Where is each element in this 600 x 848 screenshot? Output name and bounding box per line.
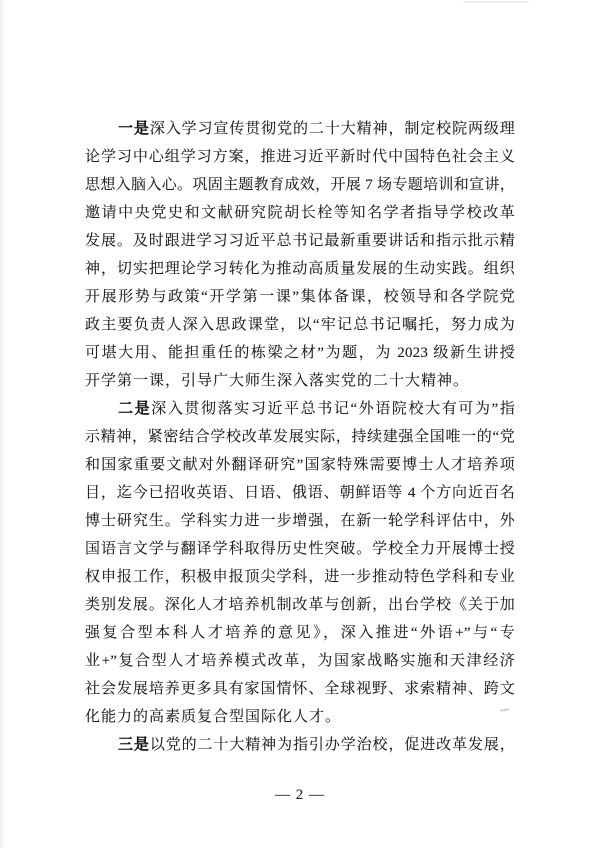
document-line: 思想入脑入心。巩固主题教育成效，开展 7 场专题培训和宣讲，: [85, 171, 515, 199]
paragraph-lead: 一是: [118, 120, 150, 137]
document-line: 开学第一课，引导广大师生深入落实党的二十大精神。: [85, 367, 515, 395]
scan-edge-shadow: [0, 0, 9, 848]
document-line: 和国家重要文献对外翻译研究”国家特殊需要博士人才培养项: [85, 451, 515, 479]
document-line: 三是以党的二十大精神为指引办学治校，促进改革发展，: [85, 731, 515, 759]
document-line: 一是深入学习宣传贯彻党的二十大精神，制定校院两级理: [85, 115, 515, 143]
document-line: 邀请中央党史和文献研究院胡长栓等知名学者指导学校改革: [85, 199, 515, 227]
document-line: 国语言文学与翻译学科取得历史性突破。学校全力开展博士授: [85, 535, 515, 563]
document-line: 可堪大用、能担重任的栋梁之材”为题，为 2023 级新生讲授: [85, 339, 515, 367]
document-line: 二是深入贯彻落实习近平总书记“外语院校大有可为”指: [85, 395, 515, 423]
document-line: 权申报工作，积极申报顶尖学科，进一步推动特色学科和专业: [85, 563, 515, 591]
document-line: 强复合型本科人才培养的意见》，深入推进“外语+”与“专: [85, 619, 515, 647]
document-line: 论学习中心组学习方案，推进习近平新时代中国特色社会主义: [85, 143, 515, 171]
document-line: 目，迄今已招收英语、日语、俄语、朝鲜语等 4 个方向近百名: [85, 479, 515, 507]
document-line: 类别发展。深化人才培养机制改革与创新，出台学校《关于加: [85, 591, 515, 619]
scan-speck: [463, 1, 529, 3]
page-number: — 2 —: [0, 781, 600, 809]
document-line: 开展形势与政策“开学第一课”集体备课，校领导和各学院党: [85, 283, 515, 311]
document-line: 示精神，紧密结合学校改革发展实际，持续建强全国唯一的“党: [85, 423, 515, 451]
document-line: 博士研究生。学科实力进一步增强，在新一轮学科评估中，外: [85, 507, 515, 535]
document-line: 发展。及时跟进学习习近平总书记最新重要讲话和指示批示精: [85, 227, 515, 255]
document-body: 一是深入学习宣传贯彻党的二十大精神，制定校院两级理论学习中心组学习方案，推进习近…: [85, 115, 515, 759]
document-line: 业+”复合型人才培养模式改革，为国家战略实施和天津经济: [85, 647, 515, 675]
document-line: 政主要负责人深入思政课堂，以“牢记总书记嘱托，努力成为: [85, 311, 515, 339]
paragraph-lead: 三是: [118, 736, 150, 753]
document-line: 化能力的高素质复合型国际化人才。: [85, 703, 515, 731]
document-line: 社会发展培养更多具有家国情怀、全球视野、求索精神、跨文: [85, 675, 515, 703]
paragraph-lead: 二是: [118, 400, 151, 417]
document-line: 神，切实把理论学习转化为推动高质量发展的生动实践。组织: [85, 255, 515, 283]
document-page: 一是深入学习宣传贯彻党的二十大精神，制定校院两级理论学习中心组学习方案，推进习近…: [0, 0, 600, 848]
